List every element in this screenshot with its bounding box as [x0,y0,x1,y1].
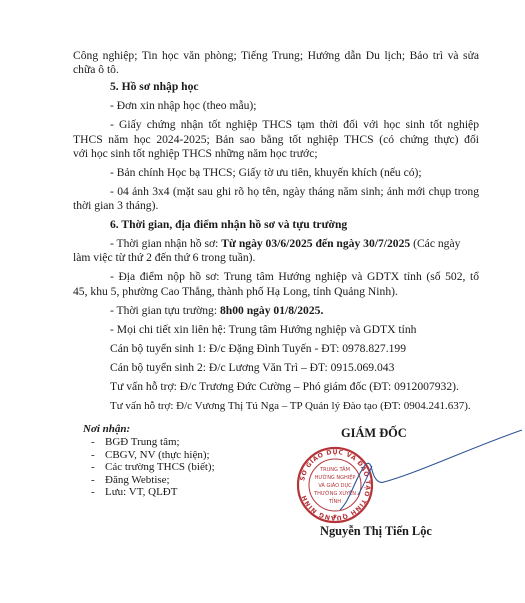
signer-name: Nguyễn Thị Tiến Lộc [320,524,432,539]
svg-text:TỈNH: TỈNH [328,497,341,505]
contact-line: Tư vấn hỗ trợ: Đ/c Vương Thị Tú Nga – TP… [110,399,471,413]
recipients-list: -BGĐ Trung tâm; -CBGV, NV (thực hiện); -… [83,436,215,499]
section-5-item: THCS năm học 2024-2025; Bản sao bằng tốt… [73,133,479,147]
intro-line: Công nghiệp; Tin học văn phòng; Tiếng Tr… [73,49,479,63]
section-5-heading: 5. Hồ sơ nhập học [110,80,199,94]
document-page: Công nghiệp; Tin học văn phòng; Tiếng Tr… [0,0,525,603]
contact-line: Tư vấn hỗ trợ: Đ/c Trương Đức Cường – Ph… [110,380,459,394]
section-5-item: - Đơn xin nhập học (theo mẫu); [110,99,257,113]
recipient-item: -Các trường THCS (biết); [83,461,215,474]
svg-text:VÀ GIÁO DỤC: VÀ GIÁO DỤC [318,482,352,489]
svg-text:TRUNG TÂM: TRUNG TÂM [319,466,350,473]
section-5-item: - Giấy chứng nhận tốt nghiệp THCS tạm th… [110,118,479,132]
receive-time-line: - Thời gian nhận hồ sơ: Từ ngày 03/6/202… [110,237,460,251]
signature-title: GIÁM ĐỐC [341,426,407,441]
recipients-title: Nơi nhận: [83,423,215,435]
svg-text:THƯỜNG XUYÊN: THƯỜNG XUYÊN [313,489,356,497]
section-5-item: - 04 ảnh 3x4 (mặt sau ghi rõ họ tên, ngà… [110,185,479,199]
official-stamp-icon: SỞ GIÁO DỤC VÀ ĐÀO TẠO TỈNH QUẢNG NINH T… [295,445,375,525]
contact-intro: - Mọi chi tiết xin liên hệ: Trung tâm Hư… [110,323,416,337]
section-5-item: - Bản chính Học bạ THCS; Giấy tờ ưu tiên… [110,166,422,180]
recipient-item: -Lưu: VT, QLĐT [83,486,215,499]
section-6-heading: 6. Thời gian, địa điểm nhận hồ sơ và tựu… [110,218,347,232]
contact-line: Cán bộ tuyển sinh 1: Đ/c Đặng Đình Tuyến… [110,342,406,356]
svg-text:HƯỚNG NGHIỆP: HƯỚNG NGHIỆP [315,473,356,481]
recipient-item: -BGĐ Trung tâm; [83,436,215,449]
recipients-block: Nơi nhận: -BGĐ Trung tâm; -CBGV, NV (thự… [83,423,215,499]
svg-text:★: ★ [332,513,337,520]
location-line-2: 45, khu 5, phường Cao Thắng, thành phố H… [73,285,398,299]
receive-time-line-2: làm việc từ thứ 2 đến thứ 6 trong tuần). [73,251,255,265]
section-5-item: với học sinh tốt nghiệp THCS những năm h… [73,147,318,161]
location-line: - Địa điểm nộp hồ sơ: Trung tâm Hướng ng… [110,270,479,284]
start-time-line: - Thời gian tựu trường: 8h00 ngày 01/8/2… [110,304,323,318]
signature-scribble-icon [0,0,525,603]
recipient-item: -CBGV, NV (thực hiện); [83,449,215,462]
section-5-item: thời gian 3 tháng). [73,199,158,213]
recipient-item: -Đăng Webtise; [83,474,215,487]
contact-line: Cán bộ tuyển sinh 2: Đ/c Lương Văn Trì –… [110,361,394,375]
intro-line: chữa ô tô. [73,63,119,77]
